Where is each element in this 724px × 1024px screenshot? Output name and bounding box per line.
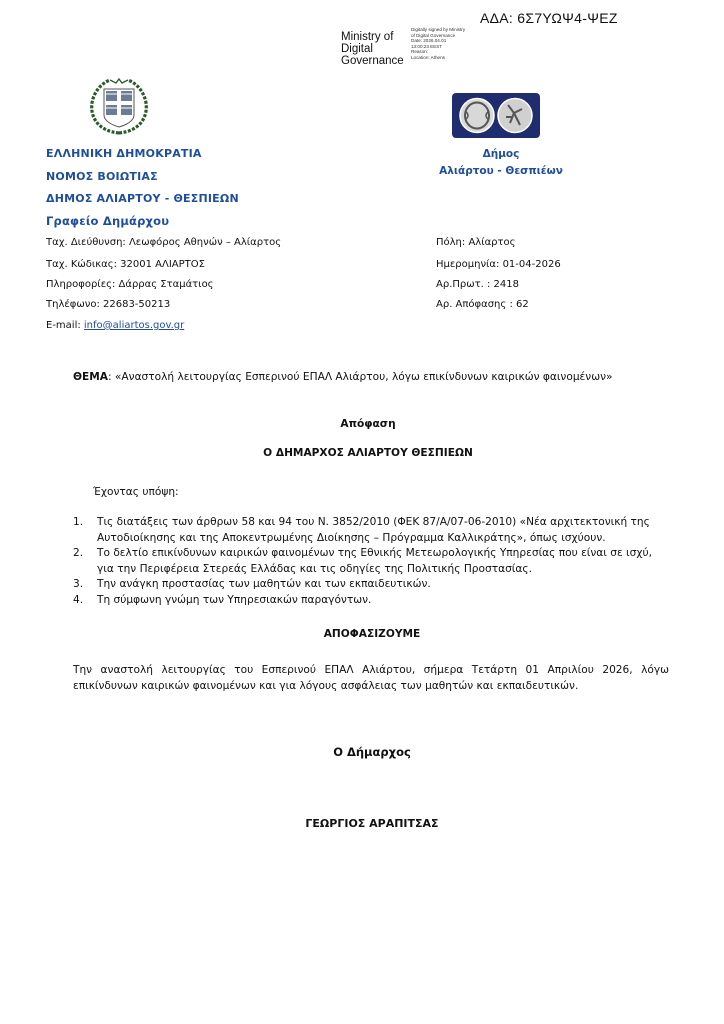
list-item-text: Το δελτίο επικίνδυνων καιρικών φαινομένω… bbox=[97, 547, 652, 575]
city: Πόλη: Αλίαρτος bbox=[436, 237, 516, 248]
list-item-text: Την ανάγκη προστασίας των μαθητών και τω… bbox=[97, 578, 431, 590]
municipality-logo-icon bbox=[452, 93, 540, 138]
subject-line: ΘΕΜΑ: «Αναστολή λειτουργίας Εσπερινού ΕΠ… bbox=[73, 371, 612, 383]
municipality-logo-text: Δήμος Αλιάρτου - Θεσπιέων bbox=[420, 146, 582, 180]
list-item-text: Τις διατάξεις των άρθρων 58 και 94 του Ν… bbox=[97, 516, 650, 544]
list-item-number: 3. bbox=[73, 577, 83, 593]
ministry-line-1: Ministry of bbox=[341, 31, 404, 43]
signer-title: Ο Δήμαρχος bbox=[10, 745, 724, 759]
email-row: E-mail: info@aliartos.gov.gr bbox=[46, 320, 184, 331]
list-item: 2.Το δελτίο επικίνδυνων καιρικών φαινομέ… bbox=[73, 546, 669, 577]
list-item-number: 2. bbox=[73, 546, 83, 562]
decision-text: Την αναστολή λειτουργίας του Εσπερινού Ε… bbox=[73, 662, 669, 694]
greek-emblem-icon bbox=[86, 77, 152, 137]
header-office: Γραφείο Δημάρχου bbox=[46, 214, 169, 228]
digital-signature-details: Digitally signed by Ministry of Digital … bbox=[411, 27, 501, 61]
information-contact: Πληροφορίες: Δάρρας Σταμάτιος bbox=[46, 279, 214, 290]
list-item: 4.Τη σύμφωνη γνώμη των Υπηρεσιακών παραγ… bbox=[73, 593, 669, 609]
signer-name: ΓΕΩΡΓΙΟΣ ΑΡΑΠΙΤΣΑΣ bbox=[10, 817, 724, 830]
ministry-label: Ministry of Digital Governance bbox=[341, 31, 404, 67]
protocol-number: Αρ.Πρωτ. : 2418 bbox=[436, 279, 519, 290]
ministry-line-2: Digital bbox=[341, 43, 404, 55]
email-label: E-mail: bbox=[46, 320, 84, 331]
decision-number: Αρ. Απόφασης : 62 bbox=[436, 299, 529, 310]
we-decide-heading: ΑΠΟΦΑΣΙΖΟΥΜΕ bbox=[10, 628, 724, 640]
ada-code: ΑΔΑ: 6Σ7ΥΩΨ4-ΨΕΖ bbox=[480, 10, 618, 26]
header-prefecture: ΝΟΜΟΣ ΒΟΙΩΤΙΑΣ bbox=[46, 170, 158, 183]
authority-title: Ο ΔΗΜΑΡΧΟΣ ΑΛΙΑΡΤΟΥ ΘΕΣΠΙΕΩΝ bbox=[6, 447, 724, 459]
list-item: 1.Τις διατάξεις των άρθρων 58 και 94 του… bbox=[73, 515, 669, 546]
considering-label: Έχοντας υπόψη: bbox=[93, 486, 179, 498]
date: Ημερομηνία: 01-04-2026 bbox=[436, 259, 561, 270]
list-item: 3.Την ανάγκη προστασίας των μαθητών και … bbox=[73, 577, 669, 593]
municipality-name-line-1: Δήμος bbox=[420, 146, 582, 163]
subject-label: ΘΕΜΑ bbox=[73, 371, 108, 383]
signature-line: Location: Athens bbox=[411, 55, 501, 61]
postal-code: Ταχ. Κώδικας: 32001 ΑΛΙΑΡΤΟΣ bbox=[46, 259, 205, 270]
list-item-number: 1. bbox=[73, 515, 83, 531]
list-item-text: Τη σύμφωνη γνώμη των Υπηρεσιακών παραγόν… bbox=[97, 594, 371, 606]
decision-title: Απόφαση bbox=[6, 418, 724, 430]
list-item-number: 4. bbox=[73, 593, 83, 609]
header-republic: ΕΛΛΗΝΙΚΗ ΔΗΜΟΚΡΑΤΙΑ bbox=[46, 147, 202, 160]
municipality-name-line-2: Αλιάρτου - Θεσπιέων bbox=[420, 163, 582, 180]
address: Ταχ. Διεύθυνση: Λεωφόρος Αθηνών – Αλίαρτ… bbox=[46, 237, 281, 248]
phone: Τηλέφωνο: 22683-50213 bbox=[46, 299, 170, 310]
header-municipality: ΔΗΜΟΣ ΑΛΙΑΡΤΟΥ - ΘΕΣΠΙΕΩΝ bbox=[46, 192, 239, 205]
email-link[interactable]: info@aliartos.gov.gr bbox=[84, 320, 184, 331]
ministry-line-3: Governance bbox=[341, 55, 404, 67]
considerations-list: 1.Τις διατάξεις των άρθρων 58 και 94 του… bbox=[73, 515, 669, 608]
subject-text: : «Αναστολή λειτουργίας Εσπερινού ΕΠΑΛ Α… bbox=[108, 371, 613, 383]
